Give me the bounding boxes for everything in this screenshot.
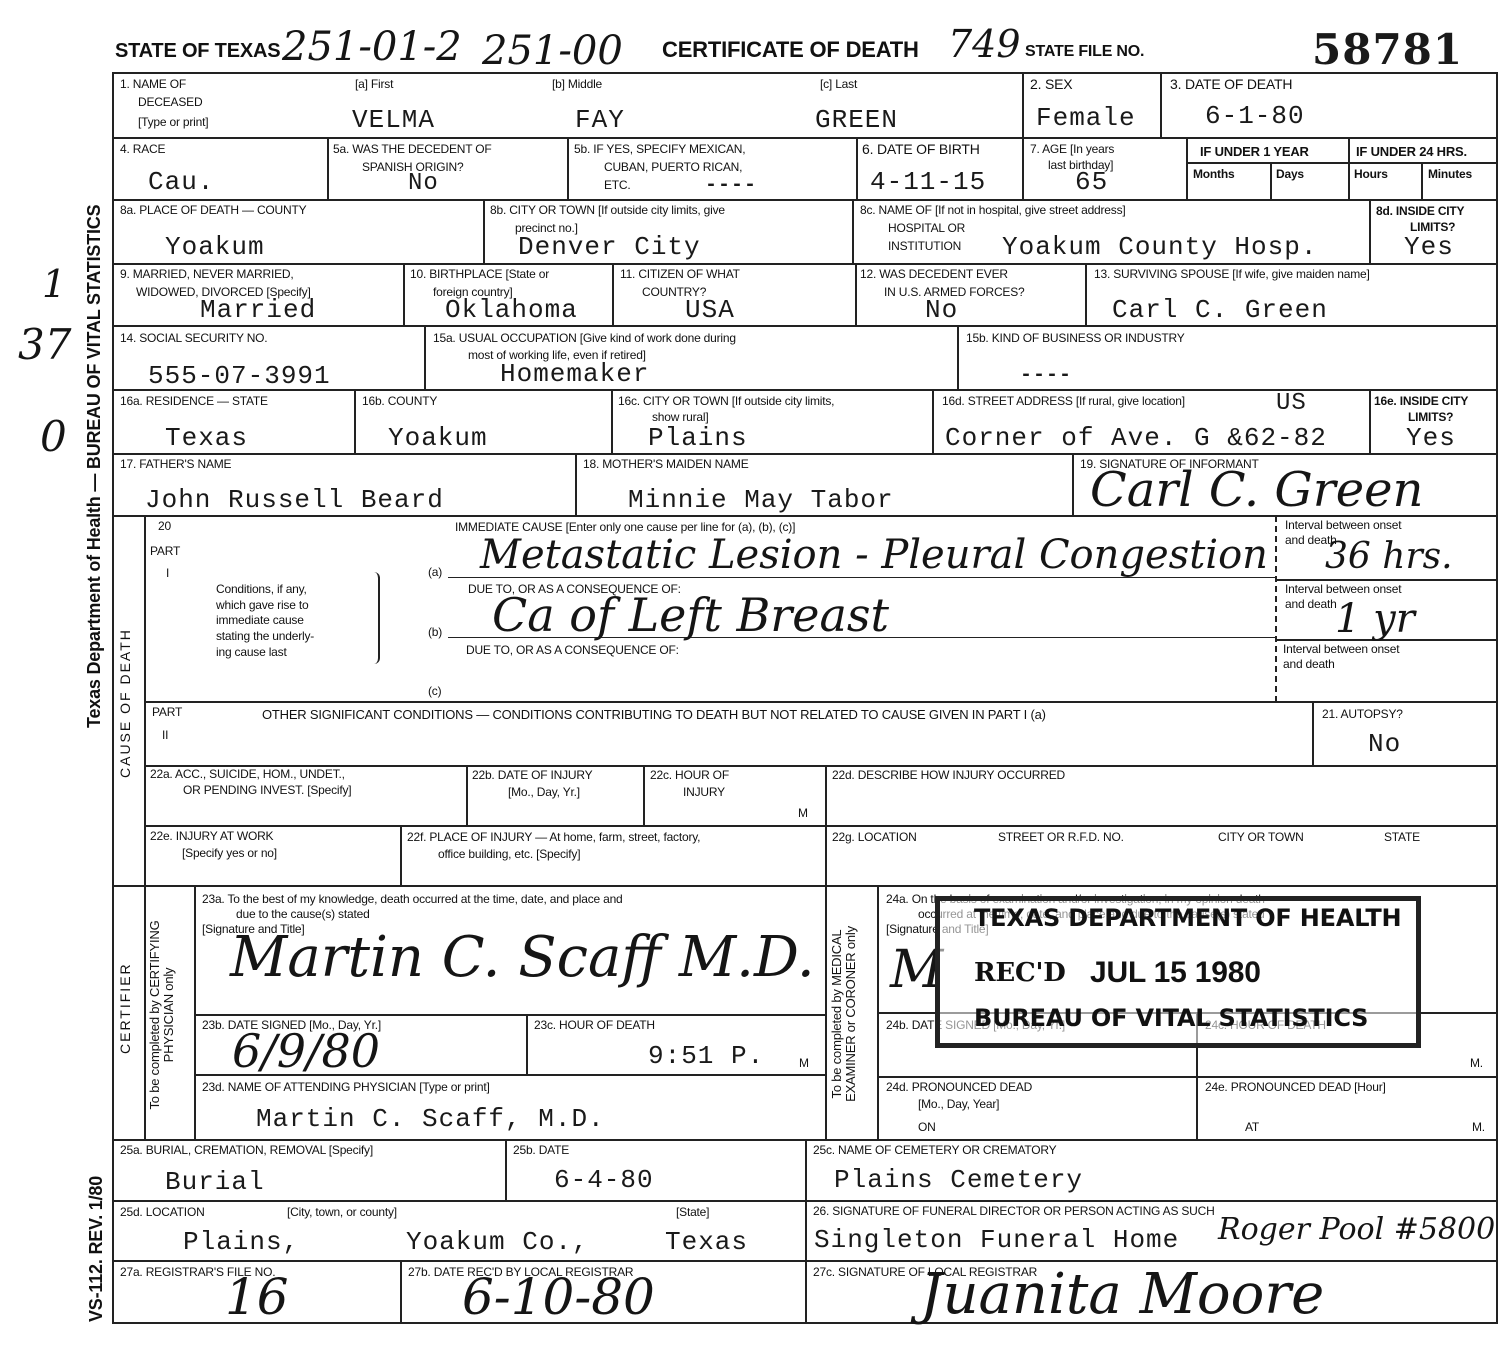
residence-county-field[interactable]: Yoakum	[388, 424, 488, 452]
race-field[interactable]: Cau.	[148, 168, 214, 196]
social-security-field[interactable]: 555-07-3991	[148, 362, 331, 390]
margin-hand-3: 0	[40, 412, 67, 461]
interval-a-field[interactable]: 36 hrs.	[1325, 536, 1453, 577]
business-industry-field[interactable]: ----	[1020, 362, 1072, 390]
autopsy-field[interactable]: No	[1368, 730, 1401, 758]
disposition-field[interactable]: Burial	[165, 1168, 265, 1196]
burial-state-field[interactable]: Texas	[665, 1228, 748, 1256]
certificate-header: STATE OF TEXAS 251-01-2 251-00 CERTIFICA…	[0, 0, 1500, 70]
burial-county-field[interactable]: Yoakum Co.,	[406, 1228, 589, 1256]
certifier-section-label: CERTIFIER	[118, 962, 132, 1054]
certificate-title: CERTIFICATE OF DEATH	[662, 38, 919, 62]
local-registrar-signature[interactable]: Juanita Moore	[920, 1262, 1324, 1327]
middle-name-field[interactable]: FAY	[575, 106, 625, 134]
street-address-extra: US	[1276, 390, 1307, 418]
first-name-field[interactable]: VELMA	[352, 106, 435, 134]
date-of-birth-field[interactable]: 4-11-15	[870, 168, 986, 196]
hour-of-death-field[interactable]: 9:51 P.	[648, 1042, 764, 1070]
certifier-signature[interactable]: Martin C. Scaff M.D.	[230, 925, 815, 990]
residence-state-field[interactable]: Texas	[165, 424, 248, 452]
burial-city-field[interactable]: Plains,	[183, 1228, 299, 1256]
spanish-origin-specify-field[interactable]: ----	[705, 172, 757, 200]
mothers-maiden-name-field[interactable]: Minnie May Tabor	[628, 486, 894, 514]
medical-examiner-only-label: To be completed by MEDICAL EXAMINER or C…	[830, 924, 858, 1104]
handwritten-code-3: 749	[948, 22, 1021, 66]
margin-hand-1: 1	[42, 262, 66, 306]
funeral-home-field[interactable]: Singleton Funeral Home	[814, 1226, 1179, 1254]
received-date: JUL 15 1980	[1090, 957, 1261, 989]
conditions-bracket	[372, 572, 380, 664]
bureau-vertical-title: Texas Department of Health — BUREAU OF V…	[84, 205, 104, 728]
armed-forces-field[interactable]: No	[925, 296, 958, 324]
received-stamp: TEXAS DEPARTMENT OF HEALTH REC'D JUL 15 …	[935, 896, 1421, 1048]
residence-inside-city-field[interactable]: Yes	[1406, 424, 1456, 452]
cause-b-field[interactable]: Ca of Left Breast	[492, 588, 889, 642]
citizenship-field[interactable]: USA	[685, 296, 735, 324]
birthplace-field[interactable]: Oklahoma	[445, 296, 578, 324]
cause-of-death-section-label: CAUSE OF DEATH	[118, 628, 132, 778]
handwritten-code-1: 251-01-2	[282, 24, 462, 70]
death-inside-city-field[interactable]: Yes	[1404, 233, 1454, 261]
marital-status-field[interactable]: Married	[200, 296, 316, 324]
state-title: STATE OF TEXAS	[115, 40, 280, 62]
margin-hand-2: 37	[18, 320, 71, 369]
interval-b-field[interactable]: 1 yr	[1335, 596, 1415, 642]
date-of-death-field[interactable]: 6-1-80	[1205, 102, 1305, 130]
f1-label: 1. NAME OF	[120, 77, 186, 91]
state-file-number: 58781	[1312, 28, 1463, 72]
informant-signature[interactable]: Carl C. Green	[1090, 462, 1423, 518]
form-revision: VS-112. REV. 1/80	[86, 1176, 106, 1322]
age-field[interactable]: 65	[1075, 168, 1108, 196]
place-of-death-city-field[interactable]: Denver City	[518, 233, 701, 261]
cemetery-field[interactable]: Plains Cemetery	[834, 1166, 1083, 1194]
last-name-field[interactable]: GREEN	[815, 106, 898, 134]
disposition-date-field[interactable]: 6-4-80	[554, 1166, 654, 1194]
state-file-label: STATE FILE NO.	[1025, 44, 1144, 59]
street-address-field[interactable]: Corner of Ave. G &62-82	[945, 424, 1327, 452]
registrar-file-no-field[interactable]: 16	[225, 1268, 289, 1326]
fathers-name-field[interactable]: John Russell Beard	[145, 486, 444, 514]
physician-only-label: To be completed by CERTIFYING PHYSICIAN …	[148, 920, 176, 1110]
place-of-death-county-field[interactable]: Yoakum	[165, 233, 265, 261]
surviving-spouse-field[interactable]: Carl C. Green	[1112, 296, 1328, 324]
occupation-field[interactable]: Homemaker	[500, 360, 649, 388]
residence-city-field[interactable]: Plains	[648, 424, 748, 452]
cause-a-field[interactable]: Metastatic Lesion - Pleural Congestion	[480, 532, 1268, 578]
date-received-field[interactable]: 6-10-80	[462, 1268, 655, 1326]
attending-physician-field[interactable]: Martin C. Scaff, M.D.	[256, 1105, 605, 1133]
handwritten-code-2: 251-00	[482, 28, 623, 74]
sex-field[interactable]: Female	[1036, 104, 1136, 132]
date-signed-field[interactable]: 6/9/80	[232, 1024, 380, 1078]
funeral-director-signature[interactable]: Roger Pool #5800	[1218, 1212, 1495, 1247]
hospital-field[interactable]: Yoakum County Hosp.	[1002, 233, 1317, 261]
spanish-origin-field[interactable]: No	[408, 170, 439, 198]
